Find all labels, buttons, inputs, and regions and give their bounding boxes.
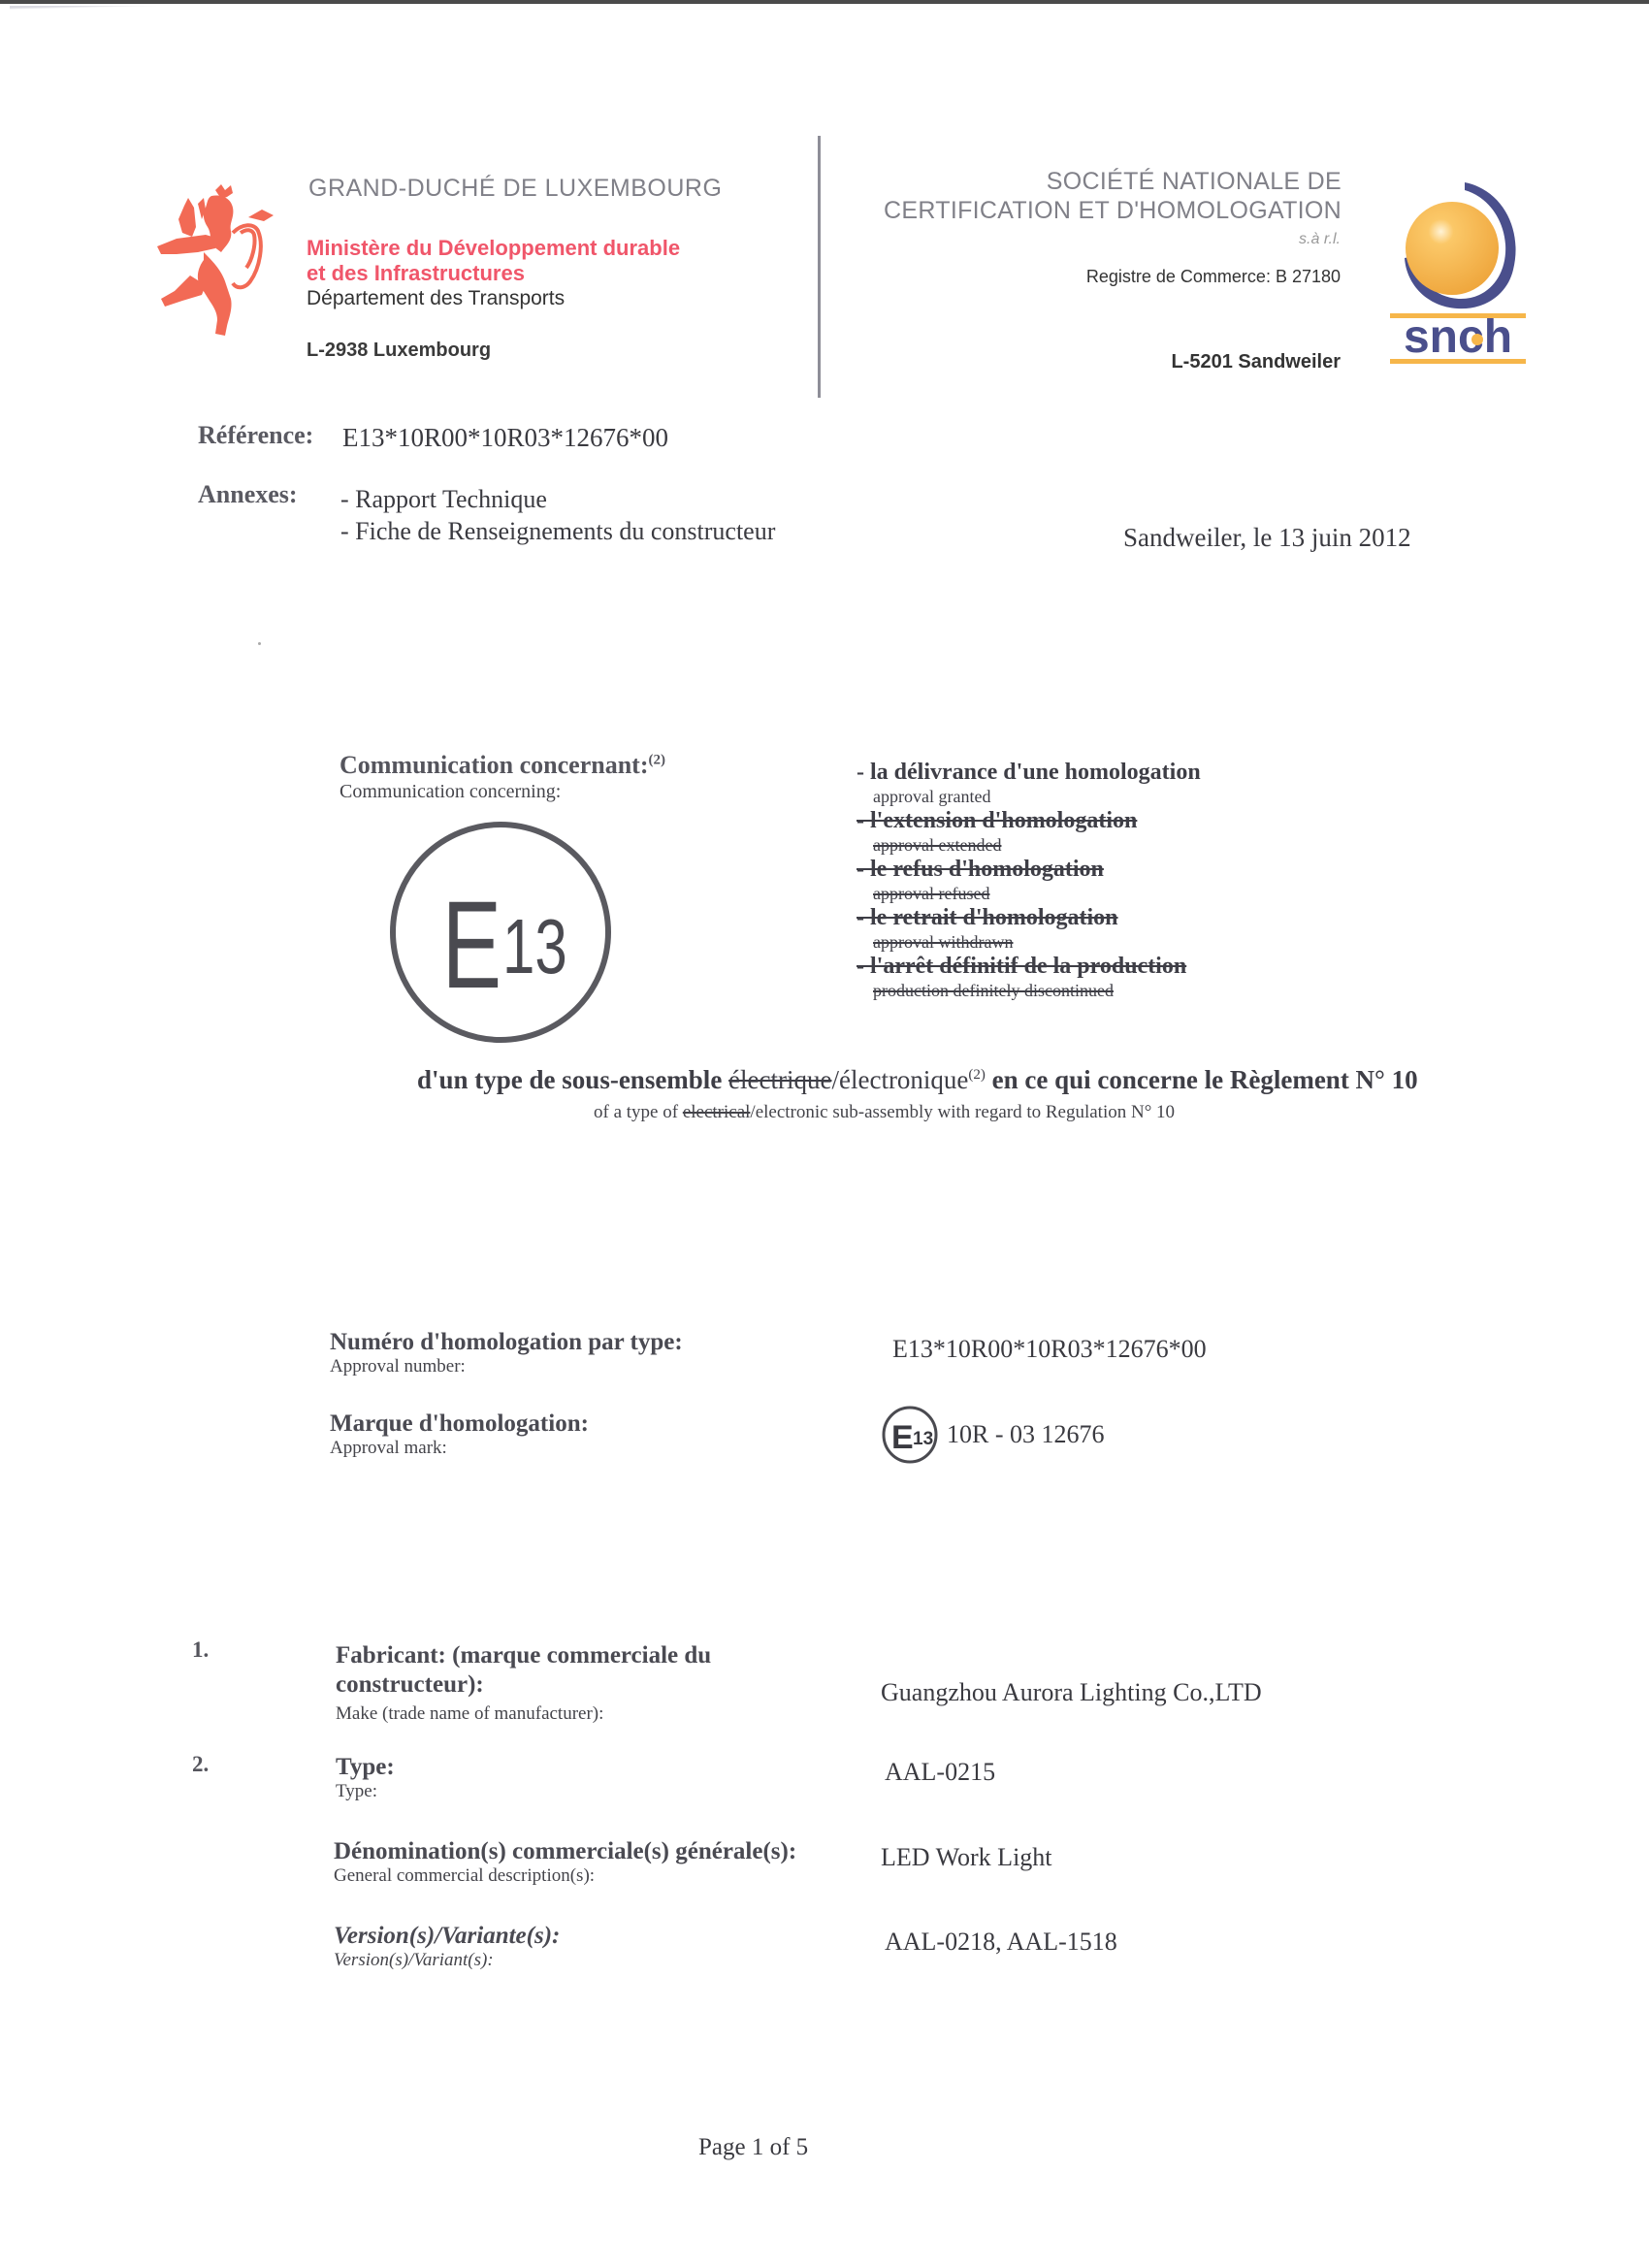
registre-commerce: Registre de Commerce: B 27180	[1086, 267, 1341, 287]
status-item-extended: - l'extension d'homologation approval ex…	[857, 807, 1201, 856]
struck-word: électrique	[728, 1065, 831, 1094]
text-part: en ce qui concerne le Règlement N° 10	[986, 1065, 1418, 1094]
versions-value: AAL-0218, AAL-1518	[885, 1928, 1117, 1957]
status-en: approval refused	[857, 883, 1201, 904]
status-fr: - le refus d'homologation	[857, 856, 1201, 883]
page-number: Page 1 of 5	[698, 2134, 808, 2161]
approval-number-label: Numéro d'homologation par type: Approval…	[330, 1329, 683, 1377]
subassembly-statement: d'un type de sous-ensemble électrique/él…	[417, 1065, 1418, 1095]
svg-text:E: E	[891, 1419, 914, 1456]
text-part: /électronique	[831, 1065, 968, 1094]
label-fr: Numéro d'homologation par type:	[330, 1329, 683, 1356]
label-en: Version(s)/Variant(s):	[334, 1950, 560, 1971]
ministry-line-2: et des Infrastructures	[307, 261, 680, 286]
struck-word: electrical	[683, 1102, 751, 1122]
versions-label: Version(s)/Variante(s): Version(s)/Varia…	[334, 1923, 560, 1971]
annex-item: - Fiche de Renseignements du constructeu…	[340, 515, 775, 547]
text-part: d'un type de sous-ensemble	[417, 1065, 728, 1094]
approval-number-value: E13*10R00*10R03*12676*00	[892, 1335, 1207, 1364]
header-divider	[818, 136, 821, 398]
status-fr: - le retrait d'homologation	[857, 904, 1201, 931]
status-en: approval withdrawn	[857, 931, 1201, 953]
label-en: Approval mark:	[330, 1438, 589, 1459]
status-fr: - l'arrêt définitif de la production	[857, 953, 1201, 980]
svg-text:snch: snch	[1404, 311, 1512, 363]
e13-mark-icon: E 13	[881, 1406, 939, 1464]
label-fr: Marque d'homologation:	[330, 1410, 589, 1438]
label-fr: Version(s)/Variante(s):	[334, 1923, 560, 1950]
footnote-ref: (2)	[648, 752, 665, 767]
red-lion-icon	[155, 182, 276, 338]
ministry-address: L-2938 Luxembourg	[307, 340, 491, 362]
legal-form: s.à r.l.	[1299, 231, 1341, 248]
scan-shadow	[10, 6, 1465, 19]
org-line-1: SOCIÉTÉ NATIONALE DE	[884, 167, 1342, 196]
status-item-discontinued: - l'arrêt définitif de la production pro…	[857, 953, 1201, 1001]
commercial-description-label: Dénomination(s) commerciale(s) générale(…	[334, 1838, 796, 1887]
item-number: 2.	[192, 1752, 209, 1777]
annexes-label: Annexes:	[198, 480, 298, 509]
label-fr: Fabricant: (marque commerciale du	[336, 1641, 711, 1670]
communication-label-en: Communication concerning:	[339, 781, 561, 803]
status-en: approval extended	[857, 834, 1201, 856]
scan-top-edge	[0, 0, 1649, 4]
subassembly-statement-en: of a type of electrical/electronic sub-a…	[594, 1102, 1175, 1123]
snch-address: L-5201 Sandweiler	[1171, 351, 1341, 373]
snch-org-name: SOCIÉTÉ NATIONALE DE CERTIFICATION ET D'…	[884, 167, 1342, 225]
reference-label: Référence:	[198, 421, 313, 450]
commercial-description-value: LED Work Light	[881, 1843, 1052, 1872]
status-item-refused: - le refus d'homologation approval refus…	[857, 856, 1201, 904]
label-fr: constructeur):	[336, 1670, 711, 1700]
department-name: Département des Transports	[307, 287, 565, 310]
svg-text:13: 13	[502, 903, 567, 989]
status-item-granted: - la délivrance d'une homologation appro…	[857, 759, 1201, 807]
status-en: production definitely discontinued	[857, 980, 1201, 1001]
communication-label-text: Communication concernant:	[339, 751, 648, 779]
reference-value: E13*10R00*10R03*12676*00	[342, 423, 668, 453]
annexes-list: - Rapport Technique - Fiche de Renseigne…	[340, 483, 775, 547]
e13-emblem-icon: E 13	[386, 818, 615, 1047]
label-en: General commercial description(s):	[334, 1865, 796, 1887]
annex-item: - Rapport Technique	[340, 483, 775, 515]
manufacturer-value: Guangzhou Aurora Lighting Co.,LTD	[881, 1678, 1262, 1707]
ministry-name: Ministère du Développement durable et de…	[307, 236, 680, 286]
snch-sphere-icon: snch	[1373, 173, 1537, 367]
status-list: - la délivrance d'une homologation appro…	[857, 759, 1201, 1001]
type-value: AAL-0215	[885, 1758, 995, 1787]
text-part: /electronic sub-assembly with regard to …	[750, 1102, 1175, 1122]
country-name: GRAND-DUCHÉ DE LUXEMBOURG	[308, 175, 722, 203]
status-fr: - l'extension d'homologation	[857, 807, 1201, 834]
label-en: Make (trade name of manufacturer):	[336, 1700, 711, 1729]
label-en: Approval number:	[330, 1356, 683, 1377]
approval-mark-label: Marque d'homologation: Approval mark:	[330, 1410, 589, 1459]
type-label: Type: Type:	[336, 1754, 395, 1802]
communication-label: Communication concernant:(2)	[339, 751, 665, 780]
org-line-2: CERTIFICATION ET D'HOMOLOGATION	[884, 196, 1342, 225]
svg-text:13: 13	[913, 1429, 933, 1449]
status-item-withdrawn: - le retrait d'homologation approval wit…	[857, 904, 1201, 953]
ministry-line-1: Ministère du Développement durable	[307, 236, 680, 261]
manufacturer-label: Fabricant: (marque commerciale du constr…	[336, 1641, 711, 1729]
approval-mark-text: 10R - 03 12676	[947, 1420, 1105, 1449]
label-fr: Type:	[336, 1754, 395, 1781]
footnote-ref: (2)	[968, 1067, 986, 1083]
approval-mark-value: E 13 10R - 03 12676	[881, 1406, 1105, 1464]
status-en: approval granted	[857, 786, 1201, 807]
svg-text:E: E	[442, 875, 501, 1014]
label-fr: Dénomination(s) commerciale(s) générale(…	[334, 1838, 796, 1865]
document-date: Sandweiler, le 13 juin 2012	[1123, 523, 1411, 553]
scan-speck	[258, 642, 261, 645]
status-fr: - la délivrance d'une homologation	[857, 759, 1201, 786]
text-part: of a type of	[594, 1102, 683, 1122]
item-number: 1.	[192, 1637, 209, 1663]
label-en: Type:	[336, 1781, 395, 1802]
